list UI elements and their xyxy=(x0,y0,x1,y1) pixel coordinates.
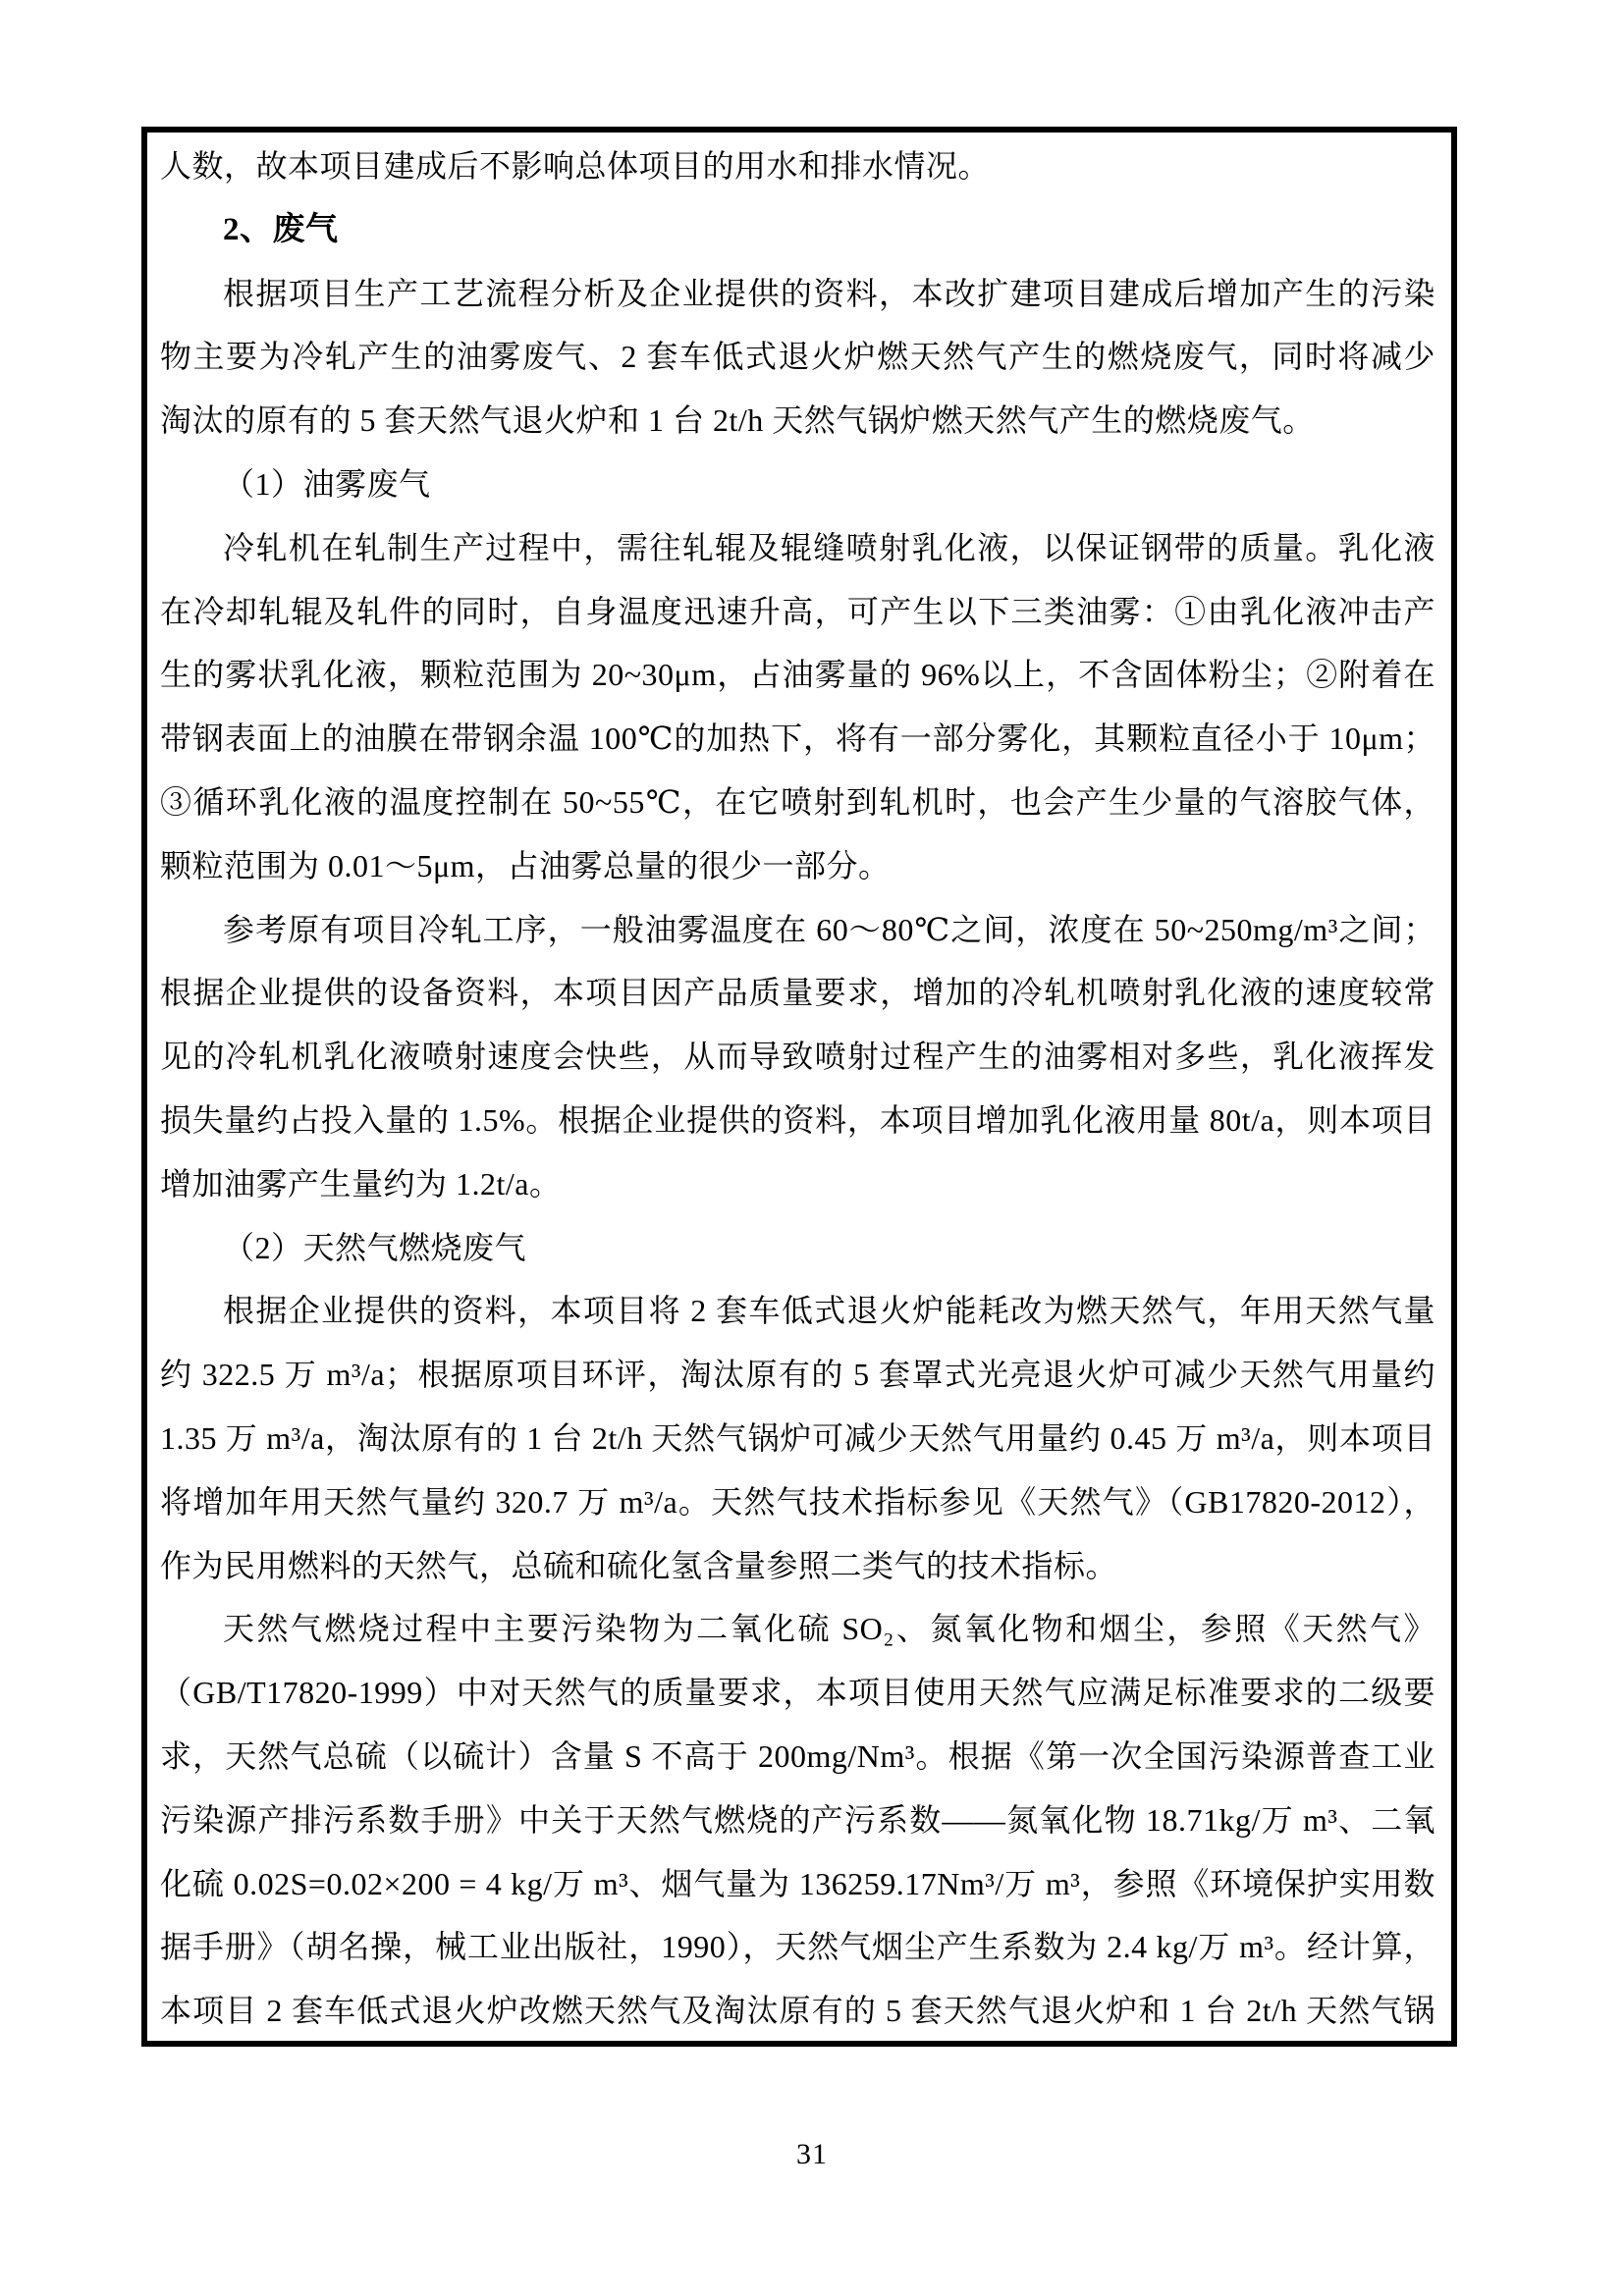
document-page: 人数，故本项目建成后不影响总体项目的用水和排水情况。 2、废气 根据项目生产工艺… xyxy=(0,0,1624,2296)
doc-line: 在冷却轧辊及轧件的同时，自身温度迅速升高，可产生以下三类油雾：①由乳化液冲击产 xyxy=(160,580,1435,644)
doc-line: （GB/T17820-1999）中对天然气的质量要求，本项目使用天然气应满足标准… xyxy=(160,1661,1435,1725)
page-number: 31 xyxy=(0,2138,1624,2171)
doc-line: 见的冷轧机乳化液喷射速度会快些，从而导致喷射过程产生的油雾相对多些，乳化液挥发 xyxy=(160,1025,1435,1089)
doc-line: 人数，故本项目建成后不影响总体项目的用水和排水情况。 xyxy=(160,134,1435,198)
subsection-heading-natural-gas: （2）天然气燃烧废气 xyxy=(160,1216,1435,1280)
section-heading-waste-gas: 2、废气 xyxy=(160,198,1435,262)
doc-line: 污染源产排污系数手册》中关于天然气燃烧的产污系数——氮氧化物 18.71kg/万… xyxy=(160,1789,1435,1852)
doc-line: ③循环乳化液的温度控制在 50~55℃，在它喷射到轧机时，也会产生少量的气溶胶气… xyxy=(160,771,1435,834)
doc-line: 本项目 2 套车低式退火炉改燃天然气及淘汰原有的 5 套天然气退火炉和 1 台 … xyxy=(160,1979,1435,2043)
doc-line: 冷轧机在轧制生产过程中，需往轧辊及辊缝喷射乳化液，以保证钢带的质量。乳化液 xyxy=(160,516,1435,580)
doc-line: 作为民用燃料的天然气，总硫和硫化氢含量参照二类气的技术指标。 xyxy=(160,1534,1435,1598)
doc-line: 约 322.5 万 m³/a；根据原项目环评，淘汰原有的 5 套罩式光亮退火炉可… xyxy=(160,1343,1435,1407)
doc-line: 根据企业提供的资料，本项目将 2 套车低式退火炉能耗改为燃天然气，年用天然气量 xyxy=(160,1279,1435,1343)
subsection-heading-oil-mist: （1）油雾废气 xyxy=(160,453,1435,516)
doc-line: 求，天然气总硫（以硫计）含量 S 不高于 200mg/Nm³。根据《第一次全国污… xyxy=(160,1725,1435,1789)
doc-line: 化硫 0.02S=0.02×200 = 4 kg/万 m³、烟气量为 13625… xyxy=(160,1852,1435,1916)
doc-line: 淘汰的原有的 5 套天然气退火炉和 1 台 2t/h 天然气锅炉燃天然气产生的燃… xyxy=(160,389,1435,453)
doc-line: 参考原有项目冷轧工序，一般油雾温度在 60～80℃之间，浓度在 50~250mg… xyxy=(160,898,1435,962)
doc-line: 根据企业提供的设备资料，本项目因产品质量要求，增加的冷轧机喷射乳化液的速度较常 xyxy=(160,961,1435,1025)
doc-line: 带钢表面上的油膜在带钢余温 100℃的加热下，将有一部分雾化，其颗粒直径小于 1… xyxy=(160,707,1435,771)
doc-line: 天然气燃烧过程中主要污染物为二氧化硫 SO₂、氮氧化物和烟尘，参照《天然气》 xyxy=(160,1597,1435,1661)
doc-line: 根据项目生产工艺流程分析及企业提供的资料，本改扩建项目建成后增加产生的污染 xyxy=(160,262,1435,326)
doc-line: 颗粒范围为 0.01～5μm，占油雾总量的很少一部分。 xyxy=(160,834,1435,898)
table-cell-border: 人数，故本项目建成后不影响总体项目的用水和排水情况。 2、废气 根据项目生产工艺… xyxy=(141,127,1457,2047)
doc-line: 物主要为冷轧产生的油雾废气、2 套车低式退火炉燃天然气产生的燃烧废气，同时将减少 xyxy=(160,325,1435,389)
doc-line: 生的雾状乳化液，颗粒范围为 20~30μm，占油雾量的 96%以上，不含固体粉尘… xyxy=(160,643,1435,707)
doc-line: 将增加年用天然气量约 320.7 万 m³/a。天然气技术指标参见《天然气》（G… xyxy=(160,1470,1435,1534)
doc-line: 增加油雾产生量约为 1.2t/a。 xyxy=(160,1152,1435,1216)
doc-line: 据手册》（胡名操，械工业出版社，1990），天然气烟尘产生系数为 2.4 kg/… xyxy=(160,1915,1435,1979)
doc-line: 1.35 万 m³/a，淘汰原有的 1 台 2t/h 天然气锅炉可减少天然气用量… xyxy=(160,1407,1435,1470)
doc-line: 损失量约占投入量的 1.5%。根据企业提供的资料，本项目增加乳化液用量 80t/… xyxy=(160,1089,1435,1152)
